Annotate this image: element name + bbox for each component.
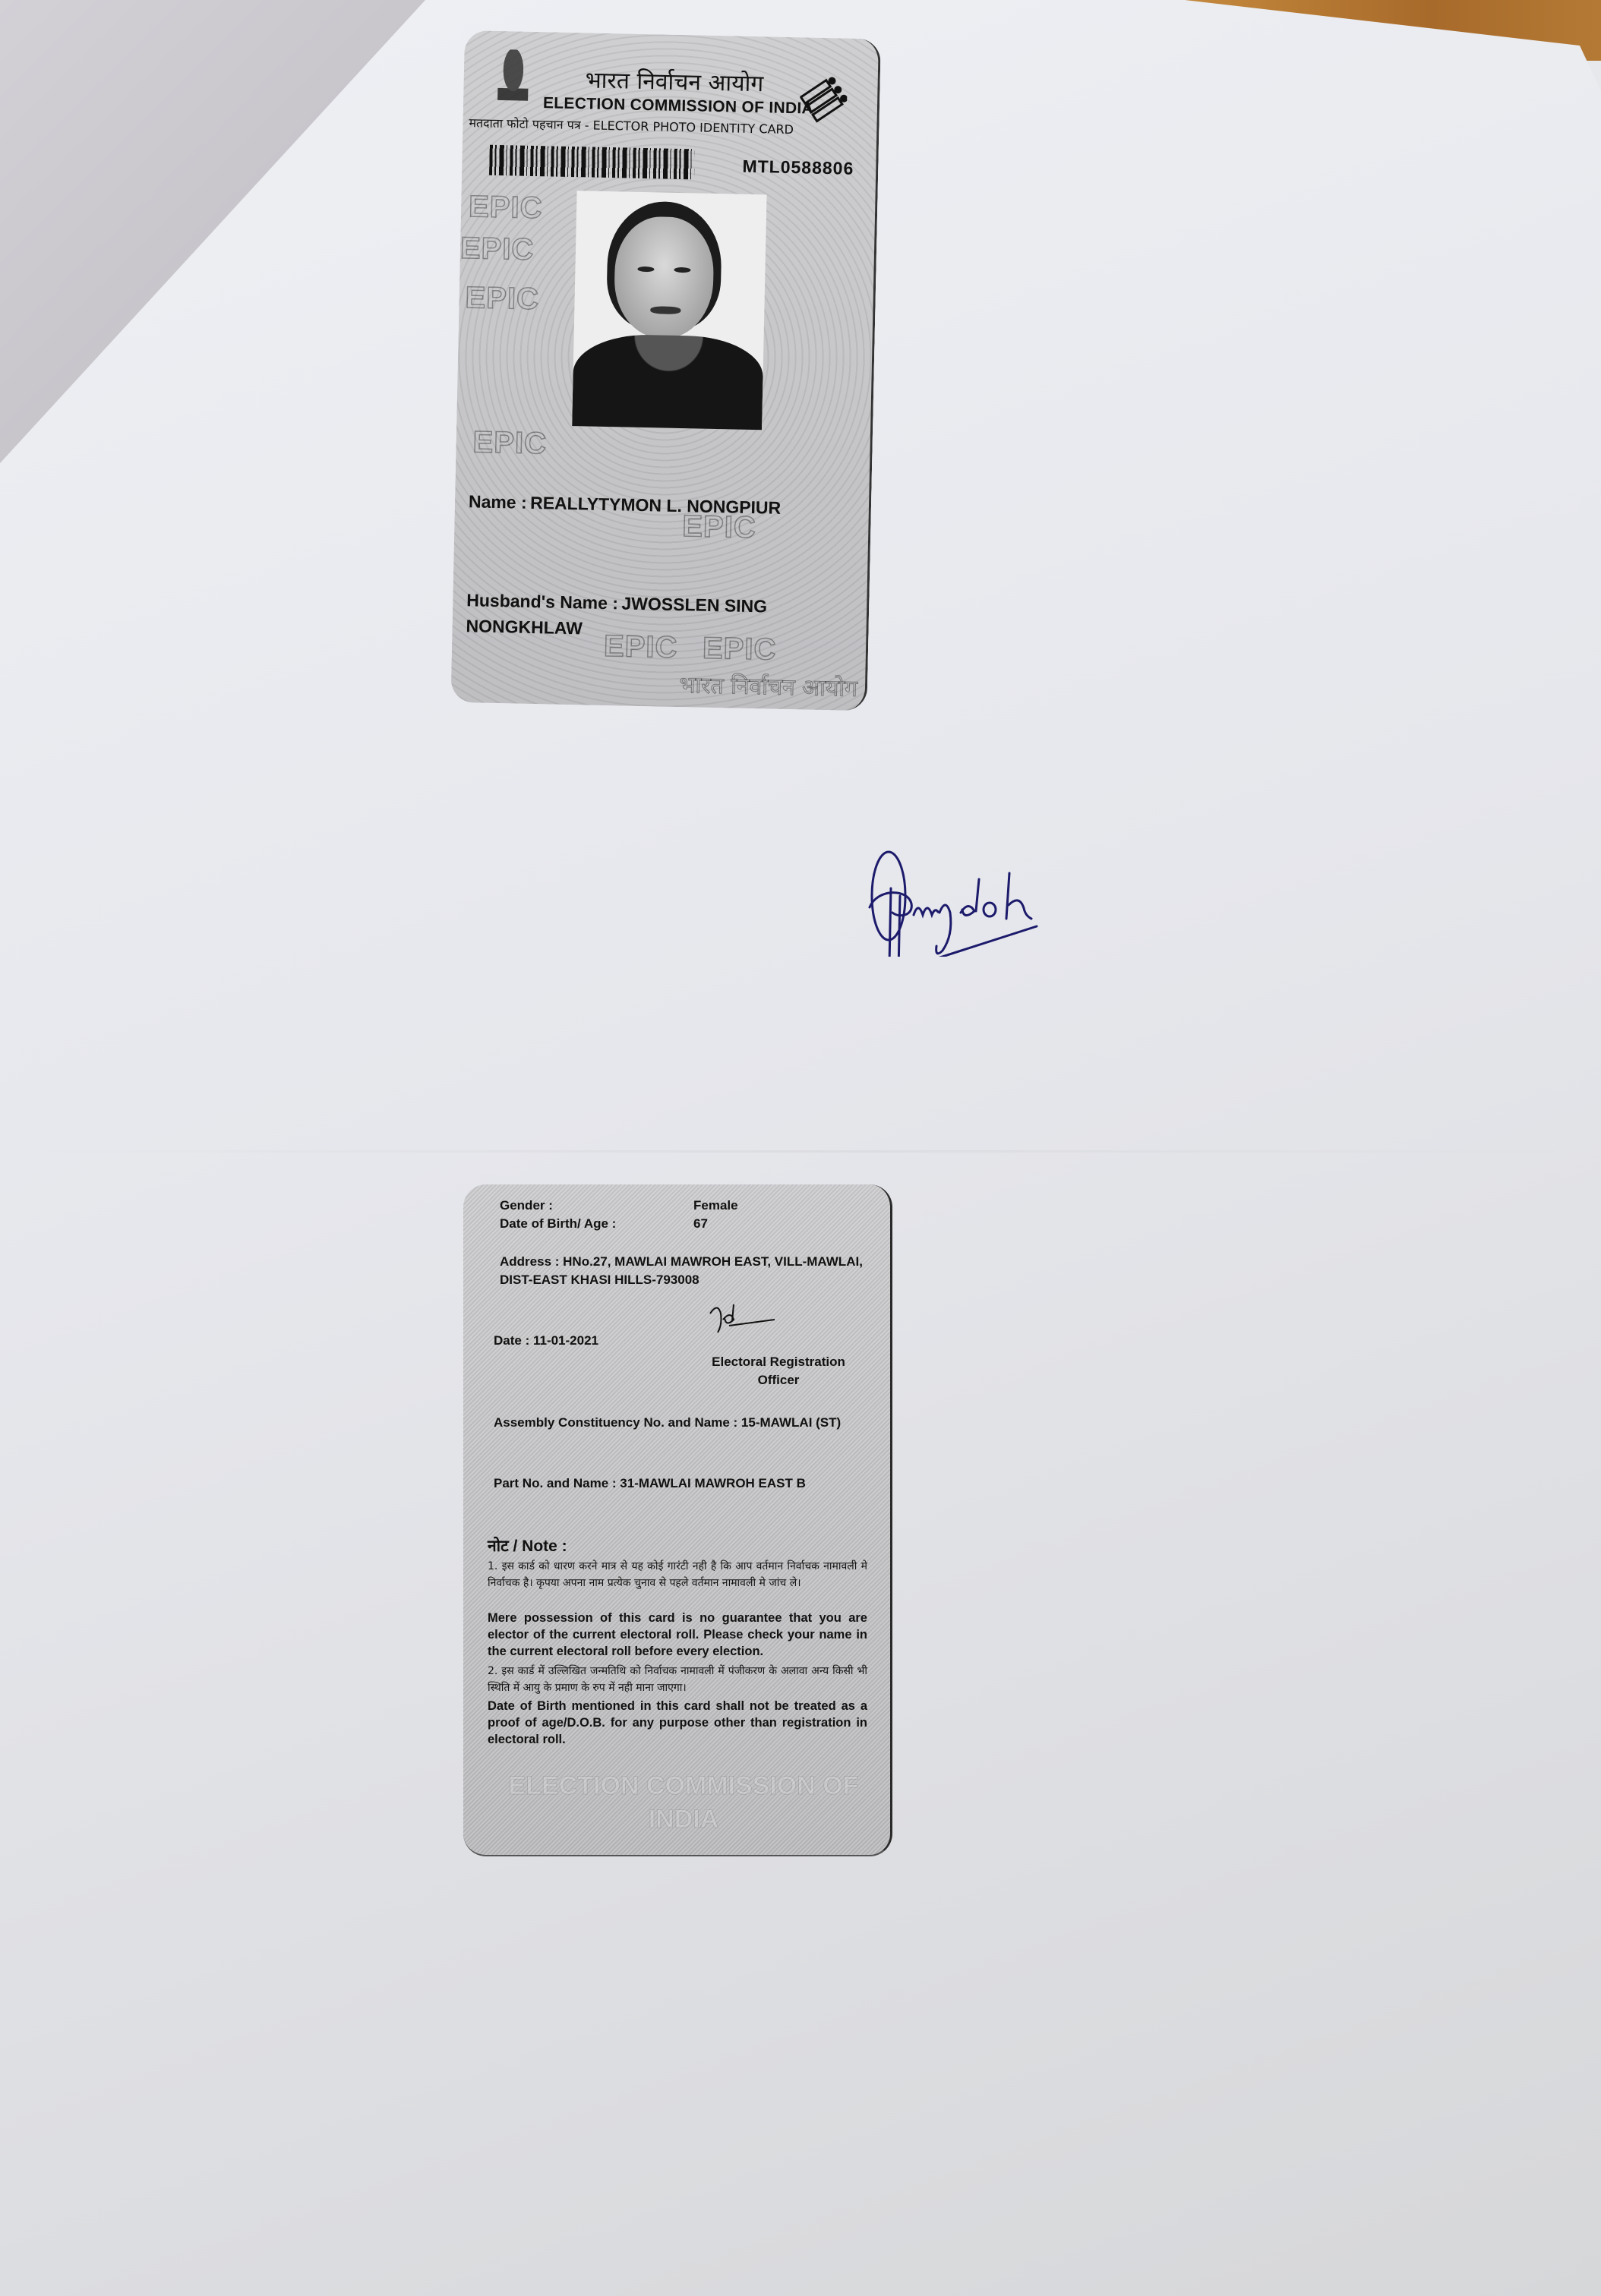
paper-fold-crease (0, 1150, 1601, 1153)
name-label: Name : (469, 491, 527, 512)
note-1-hindi: 1. इस कार्ड को धारण करने मात्र से यह कोई… (488, 1558, 867, 1591)
hindi-title: भारत निर्वाचन आयोग (585, 63, 763, 98)
name-value: REALLYTYMON L. NONGPIUR (530, 493, 782, 518)
dob-label: Date of Birth/ Age : (500, 1216, 616, 1231)
handwritten-signature: Rynjah (854, 843, 1052, 957)
note-1-english: Mere possession of this card is no guara… (488, 1610, 867, 1660)
assembly-constituency-field: Assembly Constituency No. and Name : 15-… (494, 1414, 866, 1432)
husband-name-field: Husband's Name : JWOSSLEN SING NONGKHLAW (466, 588, 861, 648)
card-header: भारत निर्वाचन आयोग ELECTION COMMISSION O… (463, 30, 879, 153)
gender-label: Gender : (500, 1198, 553, 1213)
epic-watermark: EPIC (465, 281, 539, 317)
holder-photo (572, 191, 766, 430)
name-field: Name : REALLYTYMON L. NONGPIUR (469, 490, 849, 523)
epic-watermark: EPIC (472, 425, 547, 461)
assembly-value: 15-MAWLAI (ST) (741, 1415, 841, 1430)
gender-value: Female (693, 1198, 738, 1213)
issue-date-field: Date : 11-01-2021 (494, 1333, 598, 1348)
ero-signature (706, 1298, 782, 1336)
barcode (489, 145, 695, 180)
back-watermark: ELECTION COMMISSION OF INDIA (494, 1769, 873, 1836)
eci-title: ELECTION COMMISSION OF INDIA (543, 94, 814, 118)
epic-watermark: EPIC (469, 190, 543, 225)
dob-field: Date of Birth/ Age : 67 (500, 1216, 616, 1232)
note-2-english: Date of Birth mentioned in this card sha… (488, 1698, 867, 1748)
husband-name-label: Husband's Name : (466, 590, 618, 613)
gender-field: Gender : Female (500, 1198, 553, 1213)
barcode-row: MTL0588806 (489, 145, 854, 186)
footer-watermark: भारत निर्वाचन आयोग (679, 668, 857, 703)
part-label: Part No. and Name : (494, 1476, 617, 1490)
assembly-label: Assembly Constituency No. and Name : (494, 1415, 737, 1430)
address-field: Address : HNo.27, MAWLAI MAWROH EAST, VI… (500, 1253, 872, 1289)
id-card-back: Gender : Female Date of Birth/ Age : 67 … (463, 1184, 892, 1856)
voting-machine-icon (800, 75, 848, 123)
epic-number: MTL0588806 (742, 156, 854, 179)
issue-date-value: 11-01-2021 (533, 1333, 598, 1348)
address-label: Address : (500, 1254, 559, 1269)
note-2-hindi: 2. इस कार्ड में उल्लिखित जन्मतिथि को निर… (488, 1663, 867, 1696)
id-card-front: EPIC EPIC EPIC EPIC EPIC EPIC EPIC भारत … (450, 30, 880, 711)
part-field: Part No. and Name : 31-MAWLAI MAWROH EAS… (494, 1474, 889, 1493)
card-subtitle: मतदाता फोटो पहचान पत्र - ELECTOR PHOTO I… (469, 114, 794, 137)
ero-title: Electoral Registration Officer (691, 1353, 866, 1389)
state-emblem-icon (495, 49, 532, 108)
epic-watermark: EPIC (460, 232, 535, 267)
dob-value: 67 (693, 1216, 708, 1232)
part-value: 31-MAWLAI MAWROH EAST B (620, 1476, 806, 1490)
issue-date-label: Date : (494, 1333, 529, 1348)
note-heading: नोट / Note : (488, 1535, 567, 1556)
